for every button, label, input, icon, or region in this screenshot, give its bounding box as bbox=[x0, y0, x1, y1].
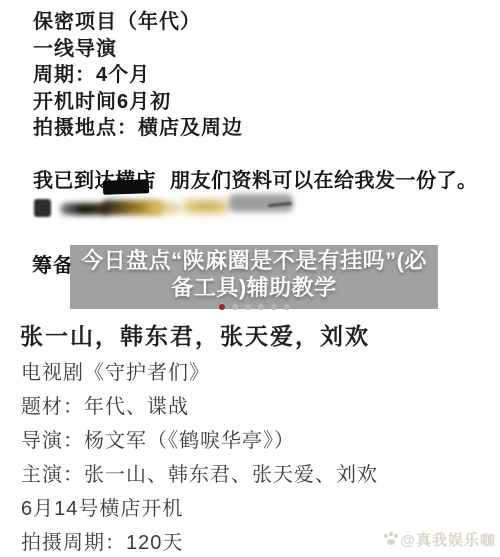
project-brief-line: 保密项目（年代） bbox=[33, 9, 243, 36]
detail-line: 主演：张一山、韩东君、张天爱、刘欢 bbox=[21, 458, 378, 492]
project-brief-line: 一线导演 bbox=[33, 36, 243, 63]
redaction-smudge bbox=[148, 202, 180, 214]
detail-line: 6月14号横店开机 bbox=[21, 492, 378, 526]
video-caption-overlay: 今日盘点“陕麻圈是不是有挂吗”(必 备工具)辅助教学 bbox=[70, 245, 438, 309]
project-brief: 保密项目（年代） 一线导演 周期：4个月 开机时间6月初 拍摄地点：横店及周边 bbox=[33, 9, 243, 142]
detail-line: 题材：年代、谍战 bbox=[21, 390, 378, 424]
cast-headline: 张一山，韩东君，张天爱，刘欢 bbox=[20, 318, 370, 351]
redaction-bar bbox=[103, 179, 149, 195]
carousel-dot[interactable] bbox=[258, 304, 264, 310]
detail-line: 导演：杨文军（《鹤唳华亭》） bbox=[21, 424, 378, 458]
screenshot-root: 保密项目（年代） 一线导演 周期：4个月 开机时间6月初 拍摄地点：横店及周边 … bbox=[0, 0, 500, 557]
carousel-dot-active[interactable] bbox=[219, 304, 225, 310]
project-brief-line: 开机时间6月初 bbox=[33, 89, 243, 116]
project-brief-line: 周期：4个月 bbox=[33, 62, 243, 89]
detail-line: 电视剧《守护者们》 bbox=[21, 356, 378, 390]
detail-line: 拍摄周期：120天 bbox=[21, 526, 378, 557]
carousel-dot[interactable] bbox=[245, 304, 251, 310]
watermark: @真我娱乐咖 bbox=[384, 529, 496, 550]
carousel-dots bbox=[219, 304, 290, 310]
project-details: 电视剧《守护者们》 题材：年代、谍战 导演：杨文军（《鹤唳华亭》） 主演：张一山… bbox=[21, 356, 378, 557]
prep-line-partial: 筹备 bbox=[32, 249, 74, 278]
chat-message: 我已到达横店朋友们资料可以在给我发一份了。 bbox=[33, 164, 478, 193]
request-text: 朋友们资料可以在给我发一份了。 bbox=[170, 170, 478, 192]
watermark-text: @真我娱乐咖 bbox=[400, 529, 496, 550]
caption-line-1: 今日盘点“陕麻圈是不是有挂吗”(必 bbox=[81, 247, 427, 274]
redaction-smudge bbox=[34, 199, 51, 217]
redaction-smudge bbox=[182, 199, 230, 214]
project-brief-line: 拍摄地点：横店及周边 bbox=[33, 115, 243, 142]
carousel-dot[interactable] bbox=[232, 304, 238, 310]
caption-line-2: 备工具)辅助教学 bbox=[171, 274, 336, 301]
carousel-dot[interactable] bbox=[271, 304, 277, 310]
paw-icon bbox=[384, 533, 398, 546]
carousel-dot[interactable] bbox=[284, 304, 290, 310]
